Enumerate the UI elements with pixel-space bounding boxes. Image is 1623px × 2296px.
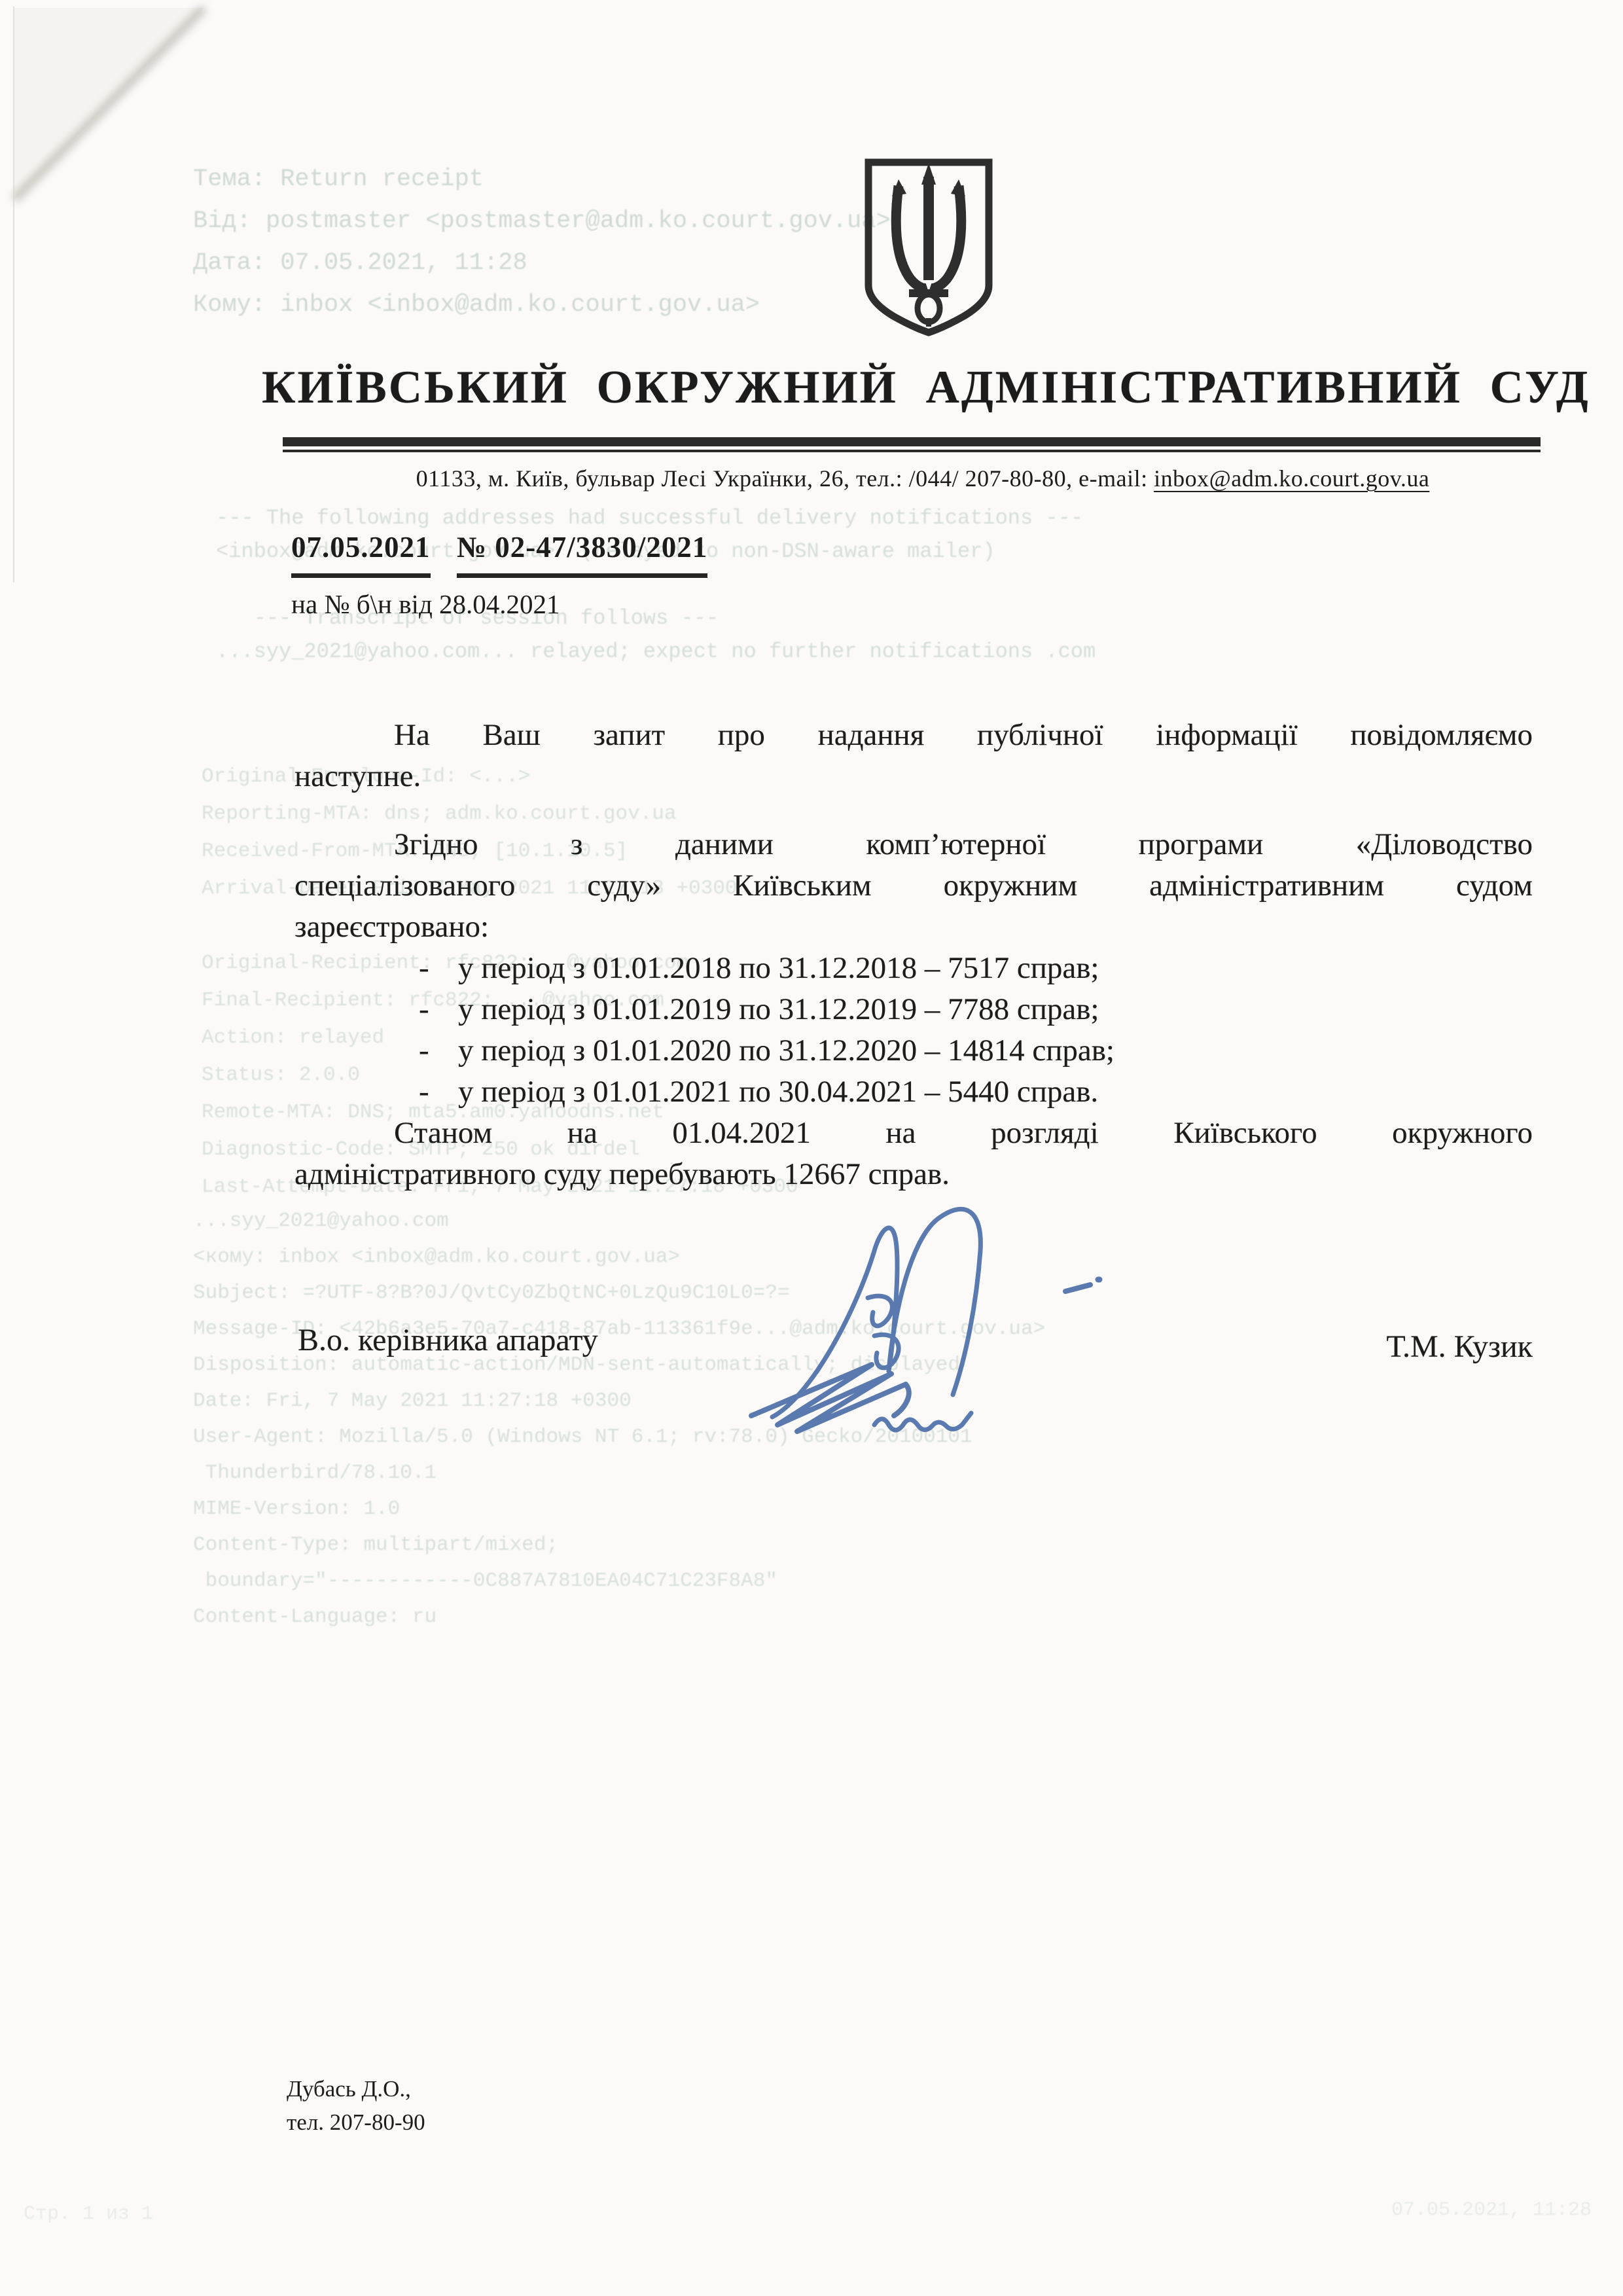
paragraph-registered-cases: Згідно з даними комп’ютерної програми «Д… [294,824,1533,948]
bleed-print-timestamp: 07.05.2021, 11:28 [1391,2199,1592,2221]
case-count-list: - у період з 01.01.2018 по 31.12.2018 – … [294,948,1533,1113]
bleed-line: boundary="------------0C887A7810EA04C71C… [193,1563,1045,1599]
list-item-text: у період з 01.01.2020 по 31.12.2020 – 14… [458,1030,1533,1071]
bleed-line: Thunderbird/78.10.1 [193,1455,1045,1491]
body-line: спеціалізованого суду» Київським окружни… [294,865,1533,906]
list-dash: - [419,1071,458,1113]
bleed-page-counter: Стр. 1 из 1 [24,2203,153,2225]
header-divider [283,437,1541,452]
body-line: адміністративного суду перебувають 12667… [294,1154,1533,1195]
court-address-line: 01133, м. Київ, бульвар Лесі Українки, 2… [275,465,1571,492]
list-dash: - [419,948,458,989]
signer-name: Т.М. Кузик [1237,1329,1533,1365]
list-item-text: у період з 01.01.2018 по 31.12.2018 – 75… [458,948,1533,989]
letter-body: На Ваш запит про надання публічної інфор… [294,715,1533,1195]
list-item: - у період з 01.01.2019 по 31.12.2019 – … [419,989,1533,1030]
ukraine-trident-emblem [859,154,998,341]
body-line: зареєстровано: [294,906,1533,948]
list-item-text: у період з 01.01.2019 по 31.12.2019 – 77… [458,989,1533,1030]
bleed-line: Дата: 07.05.2021, 11:28 [193,242,891,284]
incoming-reference: на № б\н від 28.04.2021 [291,588,707,620]
list-item-text: у період з 01.01.2021 по 30.04.2021 – 54… [458,1071,1533,1113]
list-dash: - [419,989,458,1030]
handwritten-signature [681,1200,1113,1442]
address-text: 01133, м. Київ, бульвар Лесі Українки, 2… [416,465,1154,492]
outgoing-date: 07.05.2021 [291,530,431,578]
list-dash: - [419,1030,458,1071]
bleed-line: Content-Type: multipart/mixed; [193,1527,1045,1563]
executor-phone: тел. 207-80-90 [287,2106,425,2139]
divider-thick-bar [283,437,1541,446]
court-name-title: КИЇВСЬКИЙ ОКРУЖНИЙ АДМІНІСТРАТИВНИЙ СУД [262,361,1577,414]
paragraph-intro: На Ваш запит про надання публічної інфор… [294,715,1533,797]
court-email: inbox@adm.ko.court.gov.ua [1154,465,1429,492]
outgoing-number: № 02-47/3830/2021 [457,530,707,578]
bleed-line: Тема: Return receipt [193,158,891,200]
outgoing-reference-block: 07.05.2021 № 02-47/3830/2021 на № б\н ві… [291,530,707,620]
folded-corner [0,0,236,223]
list-item: - у період з 01.01.2021 по 30.04.2021 – … [419,1071,1533,1113]
body-line: Станом на 01.04.2021 на розгляді Київськ… [294,1113,1533,1154]
scanned-letter-page: Тема: Return receiptВід: postmaster <pos… [0,0,1623,2296]
list-item: - у період з 01.01.2020 по 31.12.2020 – … [419,1030,1533,1071]
divider-thin-bar [283,450,1541,452]
signer-position-title: В.о. керівника апарату [298,1322,598,1358]
bleed-line: ...syy_2021@yahoo.com... relayed; expect… [216,635,1096,668]
scan-edge-shadow [13,7,14,583]
bleed-through-email-header: Тема: Return receiptВід: postmaster <pos… [193,158,891,326]
outgoing-date-number: 07.05.2021 № 02-47/3830/2021 [291,530,707,578]
list-item: - у період з 01.01.2018 по 31.12.2018 – … [419,948,1533,989]
body-line: наступне. [294,756,1533,797]
bleed-line: Кому: inbox <inbox@adm.ko.court.gov.ua> [193,284,891,326]
bleed-line: MIME-Version: 1.0 [193,1491,1045,1527]
bleed-line: Від: postmaster <postmaster@adm.ko.court… [193,200,891,242]
body-line: На Ваш запит про надання публічної інфор… [294,715,1533,756]
executor-contact-block: Дубась Д.О., тел. 207-80-90 [287,2072,425,2139]
bleed-line: Content-Language: ru [193,1599,1045,1635]
paragraph-pending-cases: Станом на 01.04.2021 на розгляді Київськ… [294,1113,1533,1195]
body-line: Згідно з даними комп’ютерної програми «Д… [294,824,1533,865]
executor-name: Дубась Д.О., [287,2072,425,2106]
